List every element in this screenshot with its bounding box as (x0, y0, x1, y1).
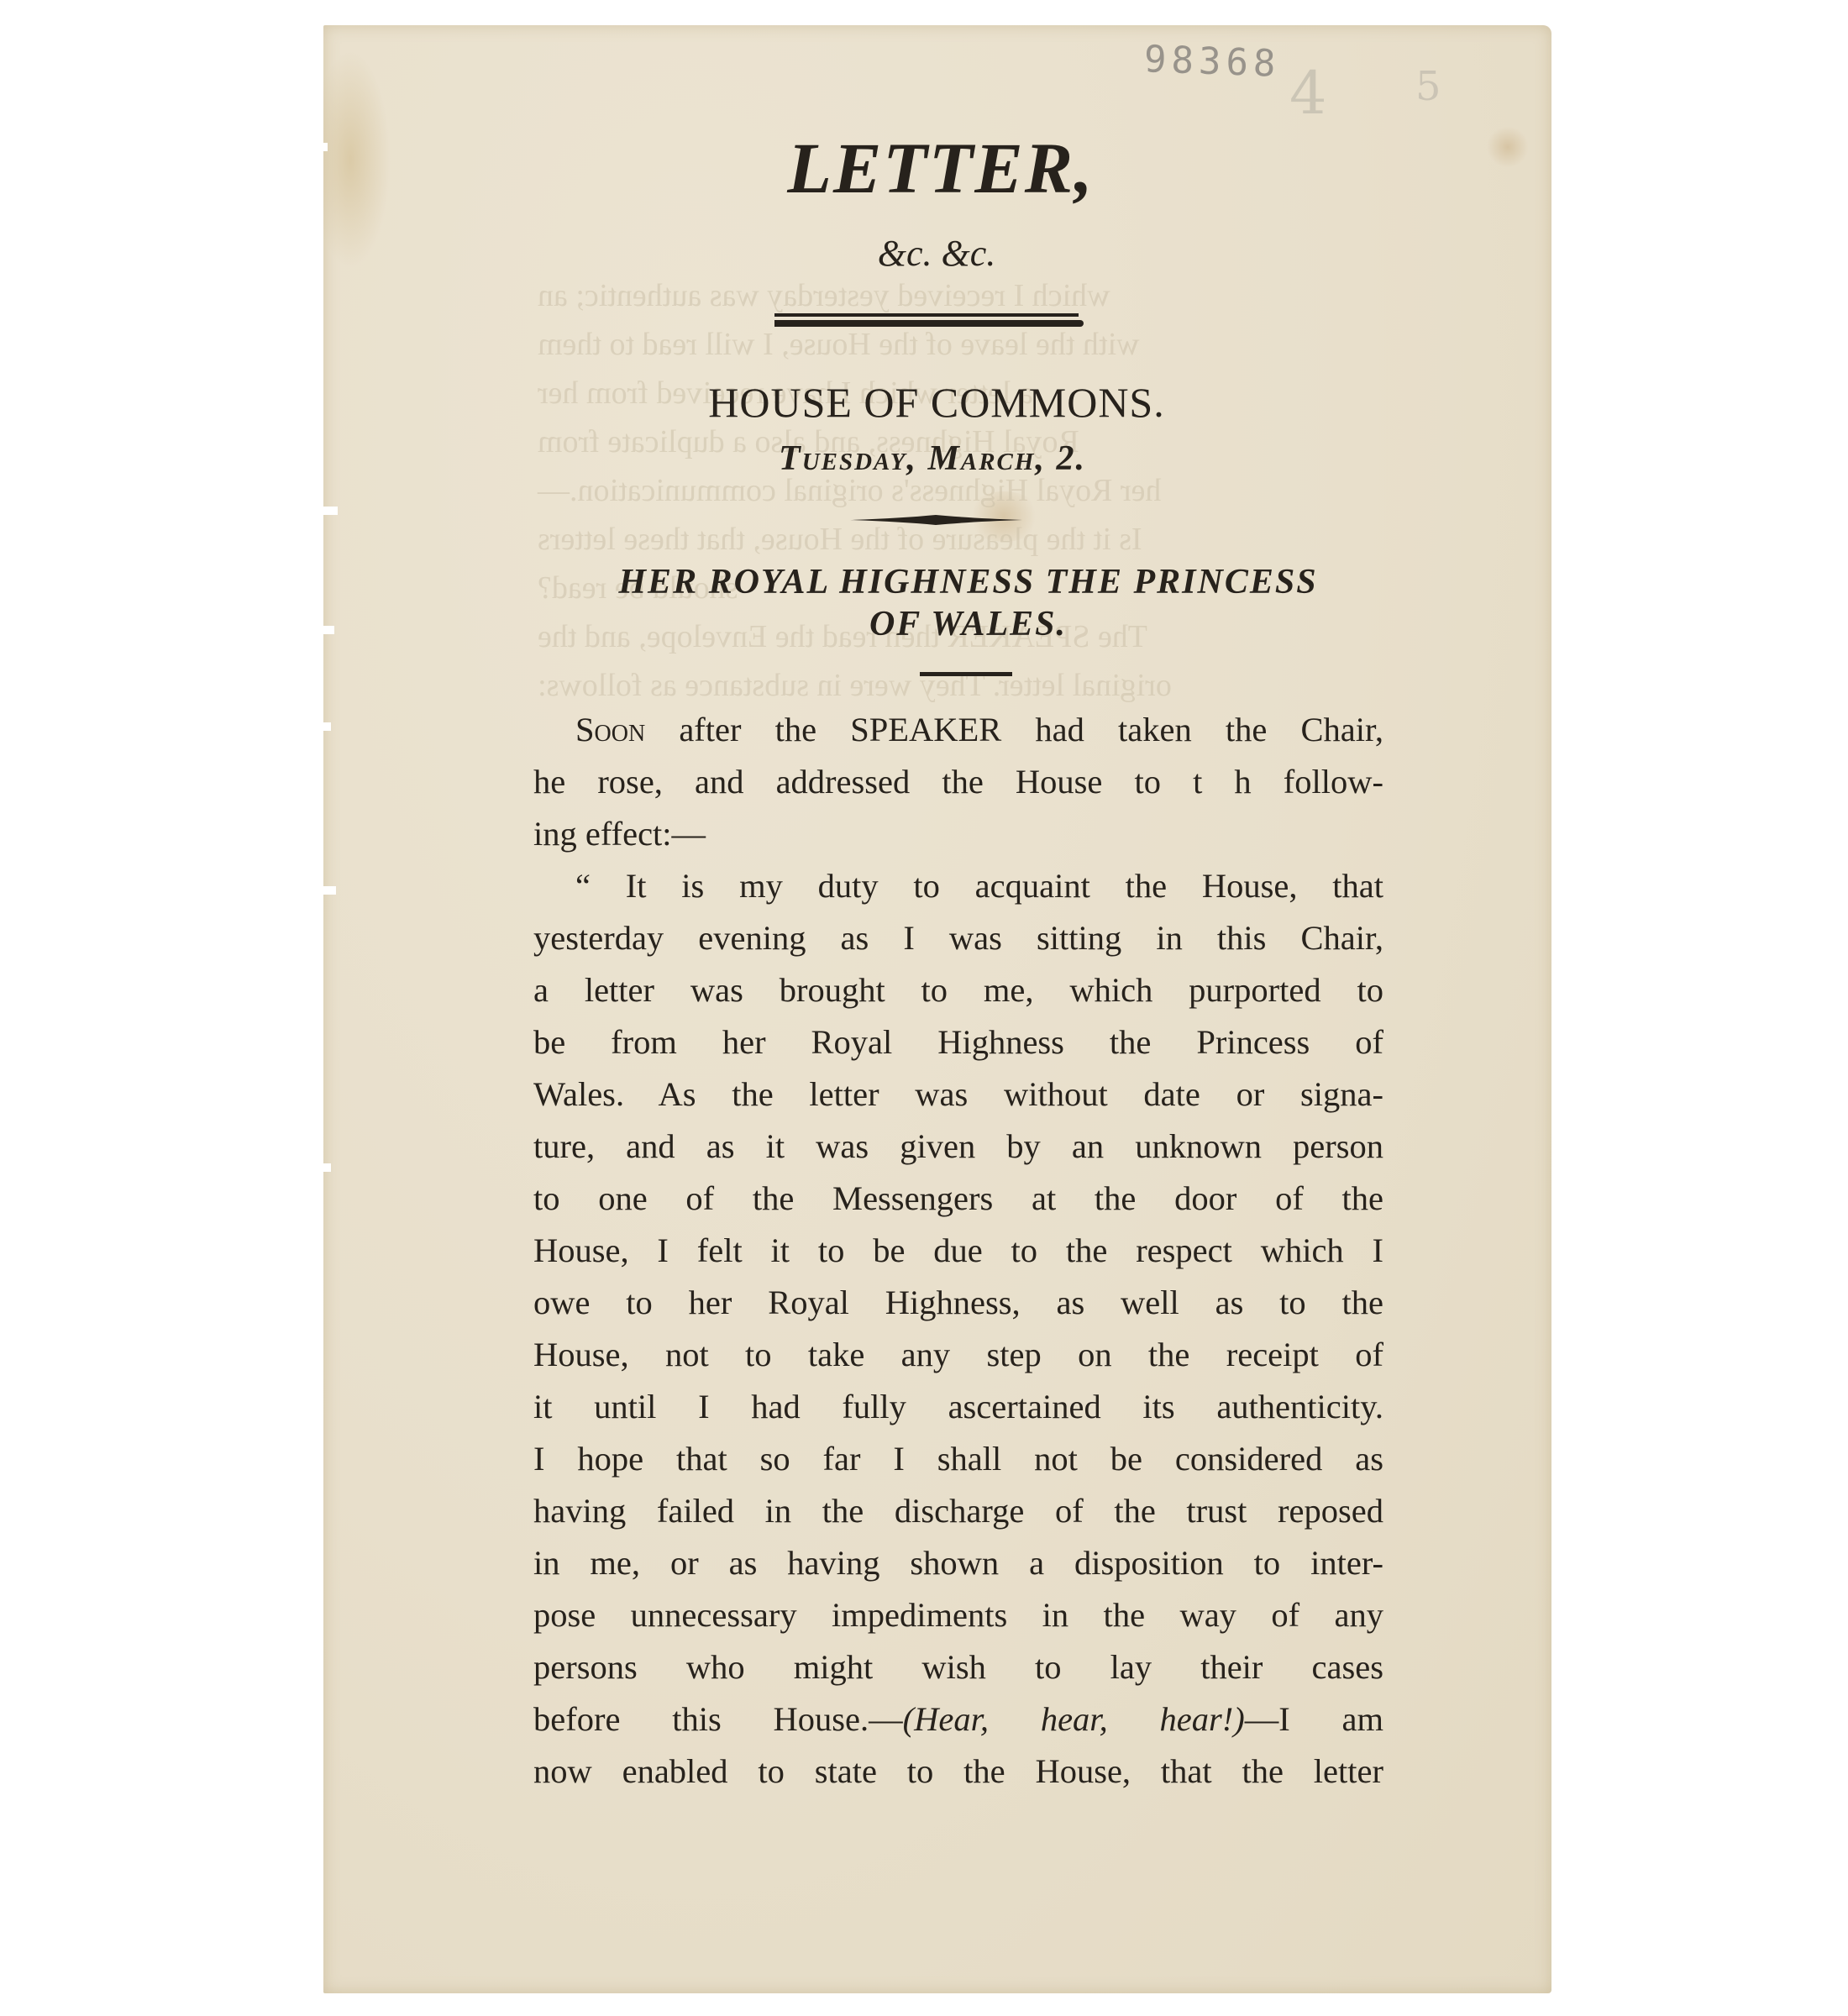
document-title: LETTER, (0, 126, 1848, 210)
body-line: ing effect:— (533, 808, 1383, 860)
heading-line-1: HER ROYAL HIGHNESS THE PRINCESS (546, 561, 1390, 603)
bleed-line: Is it the pleasure of the House, that th… (538, 521, 1142, 558)
small-caps-opening: Soon (575, 711, 645, 748)
ornamental-rule (850, 514, 1022, 526)
body-line: House, I felt it to be due to the respec… (533, 1225, 1383, 1277)
document-subtitle: &c. &c. (0, 232, 1848, 275)
body-line: having failed in the discharge of the tr… (533, 1485, 1383, 1537)
double-rule-divider (774, 313, 1084, 328)
torn-edge-notch (312, 507, 338, 515)
body-line: in me, or as having shown a disposition … (533, 1537, 1383, 1589)
bleed-line: which I received yesterday was authentic… (538, 277, 1110, 314)
body-text: Soon after the SPEAKER had taken the Cha… (533, 704, 1383, 1798)
body-line: now enabled to state to the House, that … (533, 1746, 1383, 1798)
torn-edge-notch (312, 626, 334, 634)
section-title: HOUSE OF COMMONS. (0, 378, 1848, 427)
body-line: before this House.—(Hear, hear, hear!)—I… (533, 1693, 1383, 1746)
heading-line-2: OF WALES. (546, 603, 1390, 645)
body-line: a letter was brought to me, which purpor… (533, 964, 1383, 1016)
body-line: pose unnecessary impediments in the way … (533, 1589, 1383, 1641)
body-line: House, not to take any step on the recei… (533, 1329, 1383, 1381)
line-text: after the SPEAKER had taken the Chair, (645, 711, 1383, 748)
body-line: Soon after the SPEAKER had taken the Cha… (533, 704, 1383, 756)
torn-edge-notch (312, 1163, 331, 1172)
body-line: owe to her Royal Highness, as well as to… (533, 1277, 1383, 1329)
body-line: persons who might wish to lay their case… (533, 1641, 1383, 1693)
body-line: it until I had fully ascertained its aut… (533, 1381, 1383, 1433)
bleed-line: original letter. They were in substance … (538, 667, 1172, 704)
body-line: ture, and as it was given by an unknown … (533, 1121, 1383, 1173)
body-line: to one of the Messengers at the door of … (533, 1173, 1383, 1225)
body-line: I hope that so far I shall not be consid… (533, 1433, 1383, 1485)
line-text: before this House.— (533, 1700, 903, 1738)
body-line: he rose, and addressed the House to t h … (533, 756, 1383, 808)
pencil-catalog-number: 98368 (1143, 38, 1281, 86)
body-line: Wales. As the letter was without date or… (533, 1068, 1383, 1121)
session-date: Tuesday, March, 2. (0, 438, 1848, 479)
torn-edge-notch (312, 886, 336, 895)
italic-interjection: (Hear, hear, hear!) (903, 1700, 1245, 1738)
short-rule-divider (920, 672, 1012, 676)
bleed-line: with the leave of the House, I will read… (538, 326, 1140, 363)
pencil-faint-mark: 5 (1415, 63, 1441, 110)
pencil-faint-mark: 4 (1289, 59, 1327, 128)
body-line: be from her Royal Highness the Princess … (533, 1016, 1383, 1068)
body-line: yesterday evening as I was sitting in th… (533, 912, 1383, 964)
body-line: “ It is my duty to acquaint the House, t… (533, 860, 1383, 912)
article-heading: HER ROYAL HIGHNESS THE PRINCESS OF WALES… (546, 561, 1390, 645)
line-text: —I am (1245, 1700, 1383, 1738)
torn-edge-notch (312, 722, 331, 731)
